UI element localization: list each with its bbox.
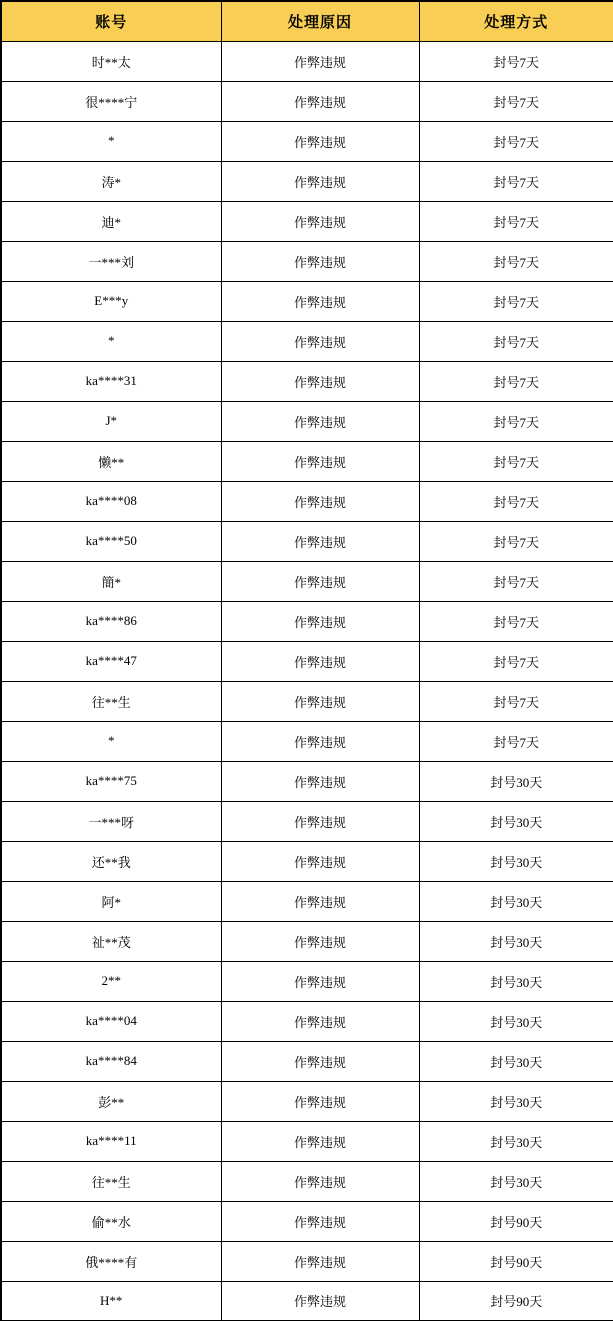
header-action: 处理方式 <box>419 1 613 41</box>
reason-cell: 作弊违规 <box>221 961 419 1001</box>
table-row: 迪*作弊违规封号7天 <box>1 201 613 241</box>
table-row: ka****50作弊违规封号7天 <box>1 521 613 561</box>
table-row: ka****86作弊违规封号7天 <box>1 601 613 641</box>
account-cell: * <box>1 321 221 361</box>
action-cell: 封号30天 <box>419 1121 613 1161</box>
table-row: ka****47作弊违规封号7天 <box>1 641 613 681</box>
table-row: *作弊违规封号7天 <box>1 121 613 161</box>
punishment-table: 账号 处理原因 处理方式 时**太作弊违规封号7天很****宁作弊违规封号7天*… <box>0 0 613 1321</box>
action-cell: 封号7天 <box>419 561 613 601</box>
account-cell: * <box>1 721 221 761</box>
header-account: 账号 <box>1 1 221 41</box>
action-cell: 封号30天 <box>419 1081 613 1121</box>
table-row: ka****04作弊违规封号30天 <box>1 1001 613 1041</box>
action-cell: 封号30天 <box>419 921 613 961</box>
action-cell: 封号7天 <box>419 401 613 441</box>
reason-cell: 作弊违规 <box>221 521 419 561</box>
account-cell: H** <box>1 1281 221 1321</box>
reason-cell: 作弊违规 <box>221 321 419 361</box>
account-cell: 时**太 <box>1 41 221 81</box>
table-body: 时**太作弊违规封号7天很****宁作弊违规封号7天*作弊违规封号7天涛*作弊违… <box>1 41 613 1321</box>
table-row: *作弊违规封号7天 <box>1 321 613 361</box>
action-cell: 封号30天 <box>419 761 613 801</box>
action-cell: 封号30天 <box>419 1161 613 1201</box>
action-cell: 封号7天 <box>419 601 613 641</box>
table-row: ka****31作弊违规封号7天 <box>1 361 613 401</box>
reason-cell: 作弊违规 <box>221 441 419 481</box>
table-row: J*作弊违规封号7天 <box>1 401 613 441</box>
reason-cell: 作弊违规 <box>221 561 419 601</box>
account-cell: 一***呀 <box>1 801 221 841</box>
account-cell: 祉**茂 <box>1 921 221 961</box>
reason-cell: 作弊违规 <box>221 1281 419 1321</box>
action-cell: 封号7天 <box>419 361 613 401</box>
table-row: 懒**作弊违规封号7天 <box>1 441 613 481</box>
reason-cell: 作弊违规 <box>221 481 419 521</box>
account-cell: 一***刘 <box>1 241 221 281</box>
reason-cell: 作弊违规 <box>221 1241 419 1281</box>
action-cell: 封号7天 <box>419 641 613 681</box>
account-cell: ka****84 <box>1 1041 221 1081</box>
account-cell: 迪* <box>1 201 221 241</box>
reason-cell: 作弊违规 <box>221 881 419 921</box>
table-row: 偷**水作弊违规封号90天 <box>1 1201 613 1241</box>
account-cell: 很****宁 <box>1 81 221 121</box>
reason-cell: 作弊违规 <box>221 1161 419 1201</box>
action-cell: 封号7天 <box>419 161 613 201</box>
reason-cell: 作弊违规 <box>221 1081 419 1121</box>
account-cell: ka****11 <box>1 1121 221 1161</box>
action-cell: 封号30天 <box>419 1001 613 1041</box>
header-row: 账号 处理原因 处理方式 <box>1 1 613 41</box>
account-cell: 2** <box>1 961 221 1001</box>
reason-cell: 作弊违规 <box>221 721 419 761</box>
table-row: ka****11作弊违规封号30天 <box>1 1121 613 1161</box>
account-cell: E***y <box>1 281 221 321</box>
action-cell: 封号30天 <box>419 841 613 881</box>
reason-cell: 作弊违规 <box>221 161 419 201</box>
reason-cell: 作弊违规 <box>221 241 419 281</box>
action-cell: 封号7天 <box>419 681 613 721</box>
action-cell: 封号30天 <box>419 881 613 921</box>
reason-cell: 作弊违规 <box>221 401 419 441</box>
action-cell: 封号7天 <box>419 721 613 761</box>
account-cell: 往**生 <box>1 1161 221 1201</box>
table-row: ka****75作弊违规封号30天 <box>1 761 613 801</box>
account-cell: J* <box>1 401 221 441</box>
account-cell: 涛* <box>1 161 221 201</box>
reason-cell: 作弊违规 <box>221 121 419 161</box>
reason-cell: 作弊违规 <box>221 1201 419 1241</box>
table-row: 俄****有作弊违规封号90天 <box>1 1241 613 1281</box>
table-row: E***y作弊违规封号7天 <box>1 281 613 321</box>
table-row: 2**作弊违规封号30天 <box>1 961 613 1001</box>
action-cell: 封号90天 <box>419 1241 613 1281</box>
action-cell: 封号7天 <box>419 241 613 281</box>
action-cell: 封号7天 <box>419 441 613 481</box>
action-cell: 封号7天 <box>419 521 613 561</box>
action-cell: 封号7天 <box>419 81 613 121</box>
account-cell: 阿* <box>1 881 221 921</box>
table-row: 很****宁作弊违规封号7天 <box>1 81 613 121</box>
account-cell: 还**我 <box>1 841 221 881</box>
reason-cell: 作弊违规 <box>221 81 419 121</box>
table-row: 往**生作弊违规封号30天 <box>1 1161 613 1201</box>
table-row: 一***刘作弊违规封号7天 <box>1 241 613 281</box>
reason-cell: 作弊违规 <box>221 1001 419 1041</box>
account-cell: * <box>1 121 221 161</box>
action-cell: 封号7天 <box>419 121 613 161</box>
table-row: ka****84作弊违规封号30天 <box>1 1041 613 1081</box>
action-cell: 封号90天 <box>419 1201 613 1241</box>
table-row: 还**我作弊违规封号30天 <box>1 841 613 881</box>
table-row: 簡*作弊违规封号7天 <box>1 561 613 601</box>
action-cell: 封号7天 <box>419 481 613 521</box>
reason-cell: 作弊违规 <box>221 1121 419 1161</box>
action-cell: 封号30天 <box>419 801 613 841</box>
account-cell: ka****47 <box>1 641 221 681</box>
table-row: H**作弊违规封号90天 <box>1 1281 613 1321</box>
account-cell: 懒** <box>1 441 221 481</box>
punishment-announcement-page: 账号 处理原因 处理方式 时**太作弊违规封号7天很****宁作弊违规封号7天*… <box>0 0 613 1321</box>
table-row: 涛*作弊违规封号7天 <box>1 161 613 201</box>
reason-cell: 作弊违规 <box>221 361 419 401</box>
account-cell: 俄****有 <box>1 1241 221 1281</box>
action-cell: 封号7天 <box>419 321 613 361</box>
action-cell: 封号7天 <box>419 41 613 81</box>
table-row: 时**太作弊违规封号7天 <box>1 41 613 81</box>
reason-cell: 作弊违规 <box>221 201 419 241</box>
account-cell: ka****08 <box>1 481 221 521</box>
reason-cell: 作弊违规 <box>221 921 419 961</box>
account-cell: ka****50 <box>1 521 221 561</box>
table-row: 彭**作弊违规封号30天 <box>1 1081 613 1121</box>
account-cell: 往**生 <box>1 681 221 721</box>
reason-cell: 作弊违规 <box>221 41 419 81</box>
reason-cell: 作弊违规 <box>221 761 419 801</box>
account-cell: ka****04 <box>1 1001 221 1041</box>
reason-cell: 作弊违规 <box>221 801 419 841</box>
account-cell: ka****31 <box>1 361 221 401</box>
account-cell: 簡* <box>1 561 221 601</box>
table-row: 祉**茂作弊违规封号30天 <box>1 921 613 961</box>
reason-cell: 作弊违规 <box>221 641 419 681</box>
table-row: ka****08作弊违规封号7天 <box>1 481 613 521</box>
account-cell: 彭** <box>1 1081 221 1121</box>
action-cell: 封号30天 <box>419 1041 613 1081</box>
reason-cell: 作弊违规 <box>221 681 419 721</box>
action-cell: 封号90天 <box>419 1281 613 1321</box>
table-row: 往**生作弊违规封号7天 <box>1 681 613 721</box>
table-row: *作弊违规封号7天 <box>1 721 613 761</box>
table-row: 阿*作弊违规封号30天 <box>1 881 613 921</box>
reason-cell: 作弊违规 <box>221 841 419 881</box>
account-cell: ka****75 <box>1 761 221 801</box>
reason-cell: 作弊违规 <box>221 1041 419 1081</box>
account-cell: ka****86 <box>1 601 221 641</box>
action-cell: 封号7天 <box>419 281 613 321</box>
table-row: 一***呀作弊违规封号30天 <box>1 801 613 841</box>
header-reason: 处理原因 <box>221 1 419 41</box>
reason-cell: 作弊违规 <box>221 601 419 641</box>
action-cell: 封号7天 <box>419 201 613 241</box>
reason-cell: 作弊违规 <box>221 281 419 321</box>
action-cell: 封号30天 <box>419 961 613 1001</box>
account-cell: 偷**水 <box>1 1201 221 1241</box>
